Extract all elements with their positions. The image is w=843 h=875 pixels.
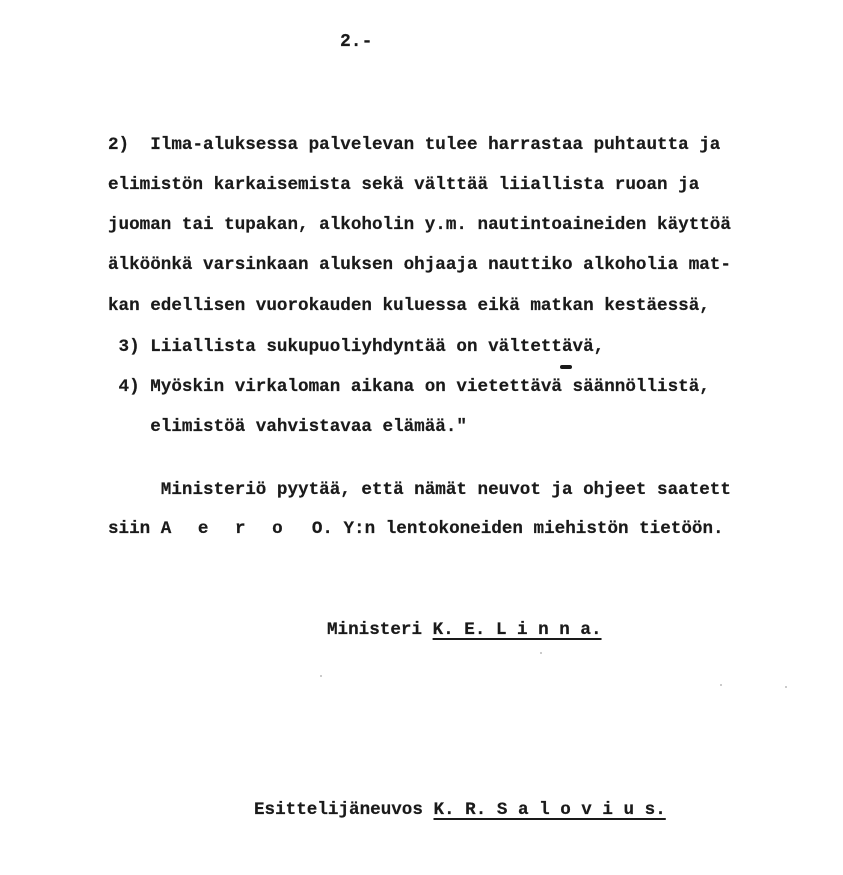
handwritten-correction-mark xyxy=(560,365,572,369)
paragraph-line: älköönkä varsinkaan aluksen ohjaaja naut… xyxy=(108,255,731,275)
paragraph-line: 2) Ilma-aluksessa palvelevan tulee harra… xyxy=(108,135,720,155)
signature-minister: Ministeri K. E. L i n n a. xyxy=(327,620,602,640)
page-number: 2.- xyxy=(340,32,372,52)
paragraph-line: kan edellisen vuorokauden kuluessa eikä … xyxy=(108,296,710,316)
paper-speck xyxy=(320,675,322,677)
paper-speck xyxy=(720,684,722,686)
signature-name: K. E. L i n n a. xyxy=(433,620,602,640)
paper-speck xyxy=(540,652,542,654)
paragraph-line: elimistön karkaisemista sekä välttää lii… xyxy=(108,175,699,195)
paragraph-line: juoman tai tupakan, alkoholin y.m. nauti… xyxy=(108,215,731,235)
closing-text: siin xyxy=(108,519,161,539)
signature-title: Ministeri xyxy=(327,620,422,640)
closing-line: Ministeriö pyytää, että nämät neuvot ja … xyxy=(108,480,731,500)
company-name: A e r o xyxy=(161,519,291,539)
signature-name: K. R. S a l o v i u s. xyxy=(434,800,666,820)
signature-title: Esittelijäneuvos xyxy=(254,800,423,820)
paragraph-line: 3) Liiallista sukupuoliyhdyntää on välte… xyxy=(108,337,604,357)
closing-line: siin A e r o O. Y:n lentokoneiden miehis… xyxy=(108,519,724,539)
paragraph-line: elimistöä vahvistavaa elämää." xyxy=(108,417,467,437)
closing-text: O. Y:n lentokoneiden miehistön tietöön. xyxy=(291,519,724,539)
signature-counsellor: Esittelijäneuvos K. R. S a l o v i u s. xyxy=(254,800,666,820)
paper-speck xyxy=(785,686,787,688)
paragraph-line: 4) Myöskin virkaloman aikana on vietettä… xyxy=(108,377,710,397)
